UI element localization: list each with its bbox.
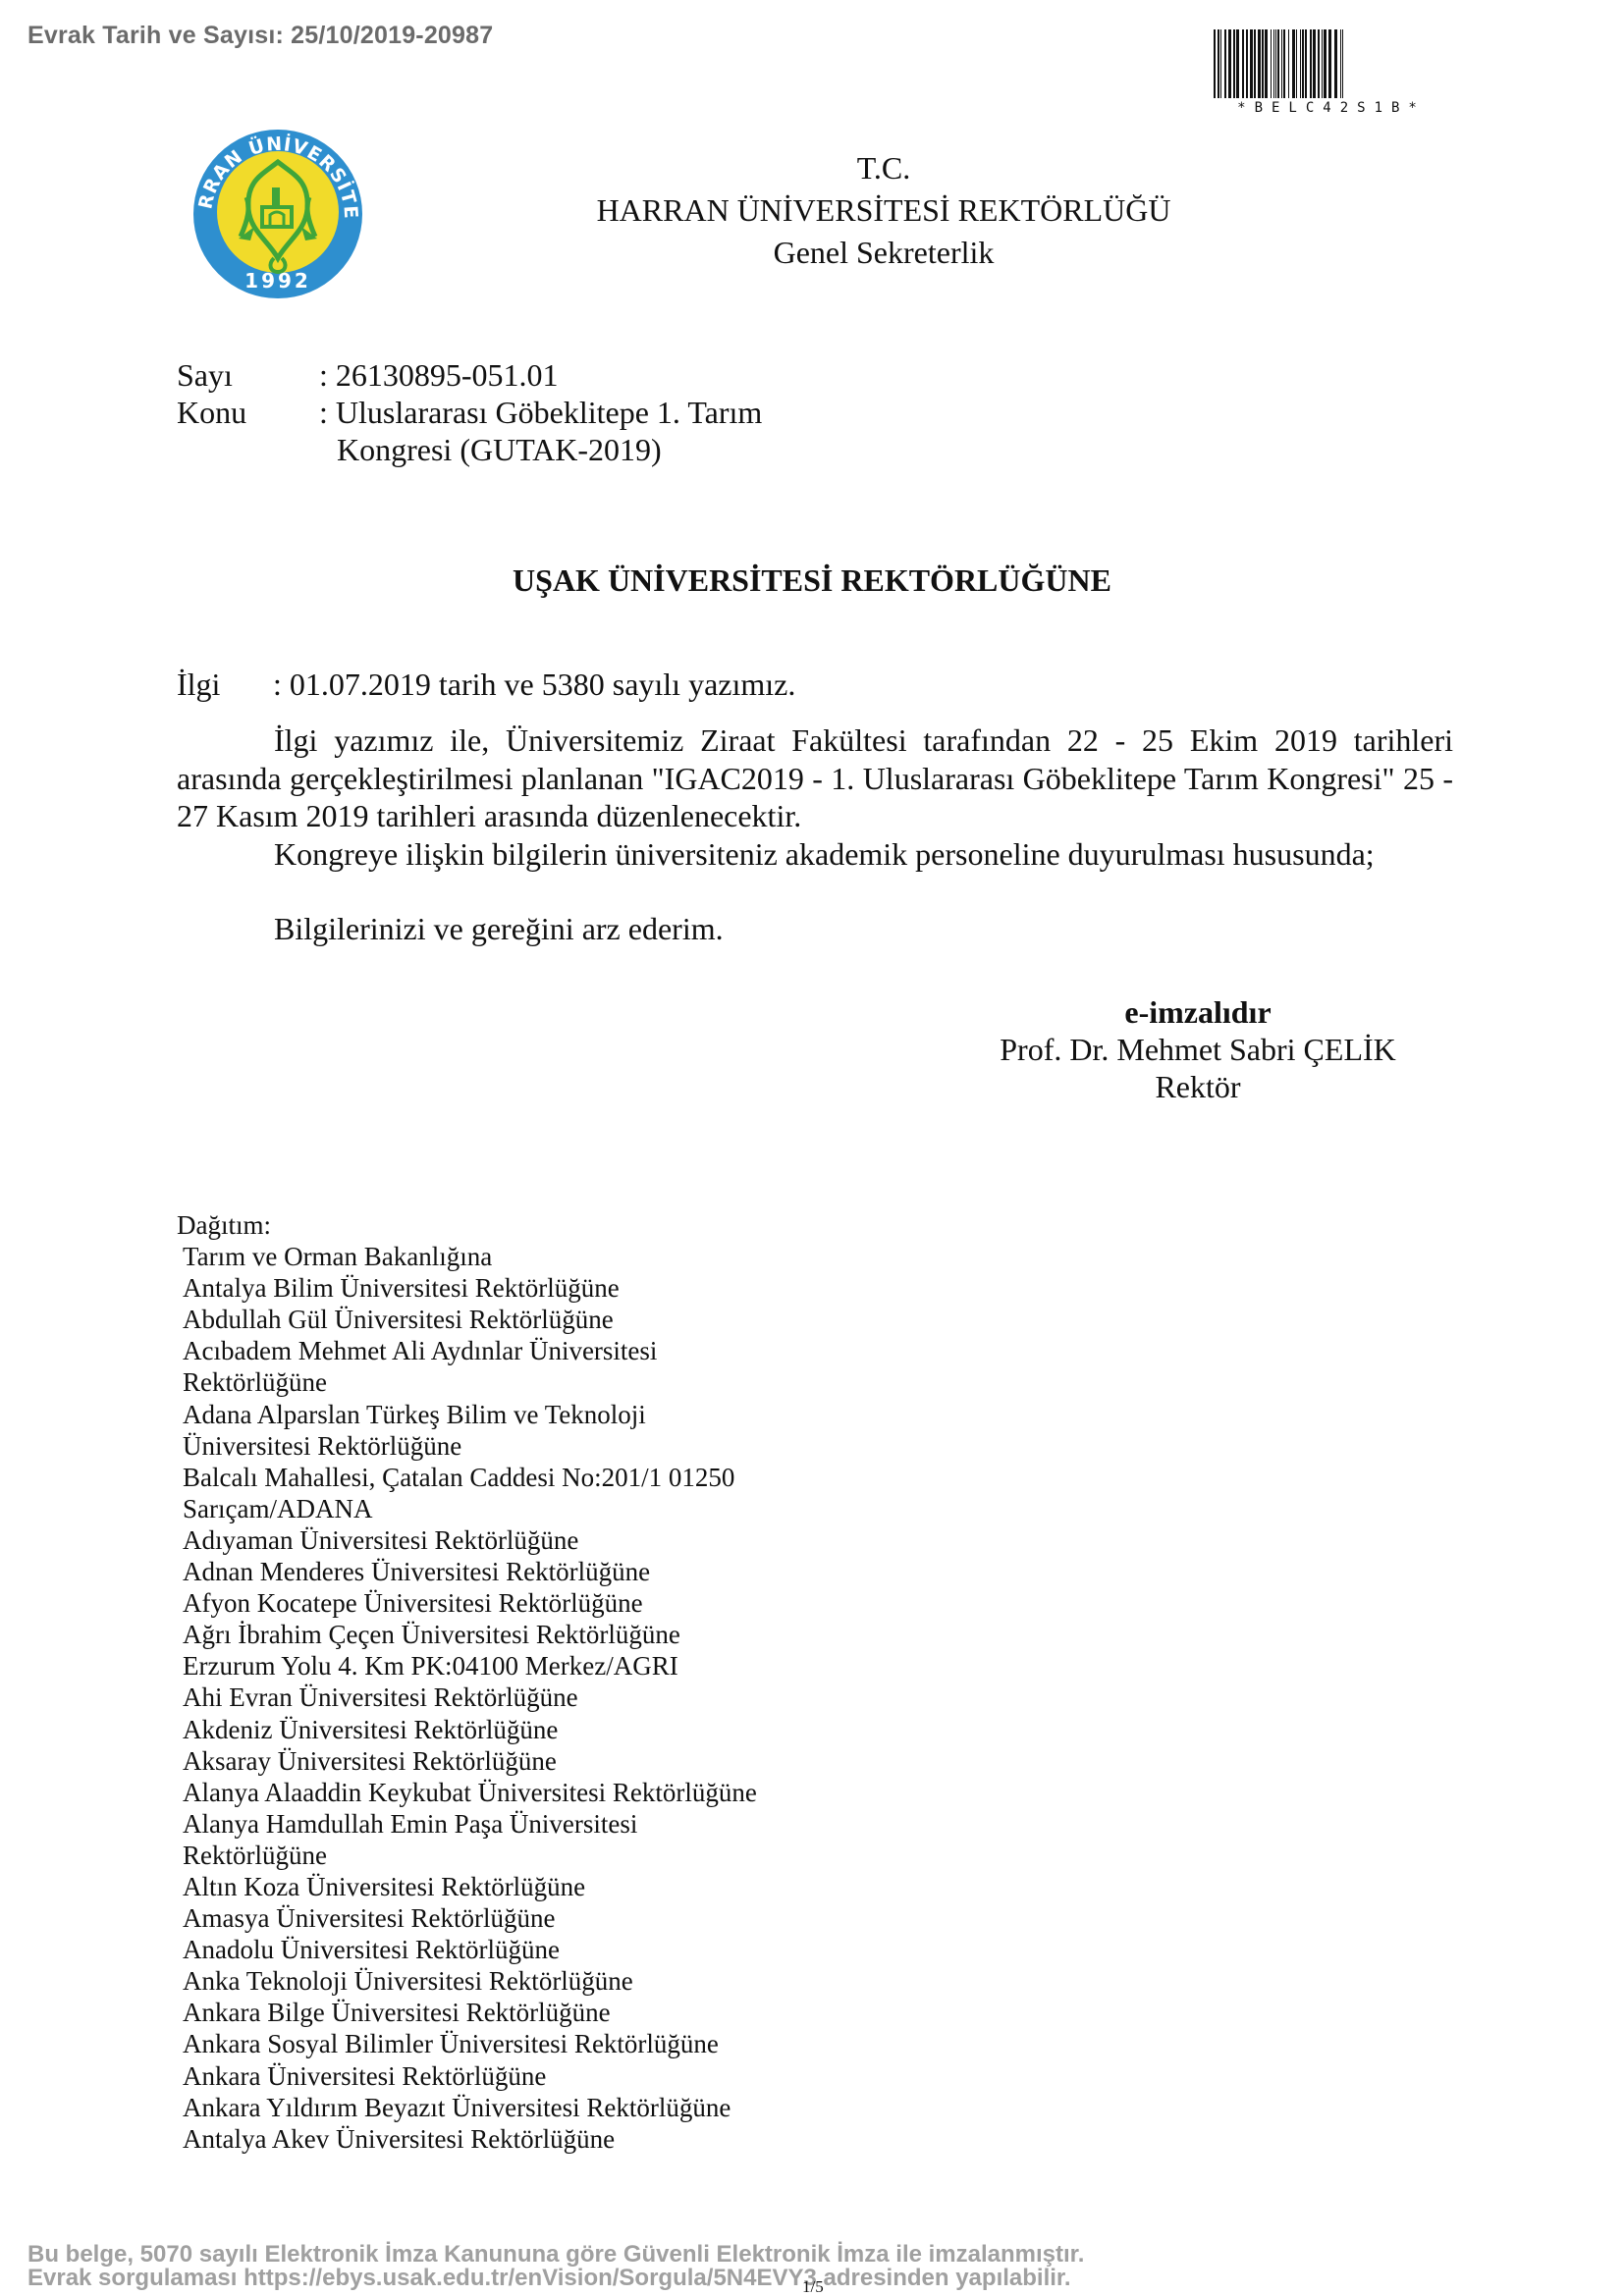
- university-seal-icon: HARRAN ÜNİVERSİTESİ 1992: [189, 121, 366, 307]
- konu-value-continuation: Kongresi (GUTAK-2019): [177, 431, 762, 468]
- distribution-item: Antalya Bilim Üniversitesi Rektörlüğüne: [183, 1272, 757, 1304]
- distribution-item: Ankara Bilge Üniversitesi Rektörlüğüne: [183, 1997, 757, 2028]
- distribution-item: Erzurum Yolu 4. Km PK:04100 Merkez/AGRI: [183, 1650, 757, 1682]
- distribution-heading: Dağıtım:: [177, 1209, 757, 1241]
- reference-value: : 01.07.2019 tarih ve 5380 sayılı yazımı…: [273, 667, 795, 703]
- document-date-number-stamp: Evrak Tarih ve Sayısı: 25/10/2019-20987: [27, 22, 493, 50]
- distribution-item: Alanya Alaaddin Keykubat Üniversitesi Re…: [183, 1777, 757, 1808]
- distribution-recipients: Tarım ve Orman BakanlığınaAntalya Bilim …: [177, 1241, 757, 2155]
- e-signature-status: e-imzalıdır: [962, 993, 1434, 1031]
- distribution-list: Dağıtım: Tarım ve Orman BakanlığınaAntal…: [177, 1209, 757, 2155]
- distribution-item: Adana Alparslan Türkeş Bilim ve Teknoloj…: [183, 1399, 757, 1430]
- footer-legal-notice: Bu belge, 5070 sayılı Elektronik İmza Ka…: [27, 2243, 1084, 2267]
- reference-line: İlgi : 01.07.2019 tarih ve 5380 sayılı y…: [177, 667, 795, 703]
- konu-label: Konu: [177, 394, 319, 431]
- document-meta: Sayı : 26130895-051.01 Konu : Uluslarara…: [177, 356, 762, 468]
- barcode-text: *BELC42S1B*: [1214, 100, 1449, 116]
- distribution-item: Antalya Akev Üniversitesi Rektörlüğüne: [183, 2123, 757, 2155]
- body-paragraph-2: Kongreye ilişkin bilgilerin üniversiteni…: [177, 835, 1453, 874]
- distribution-item: Adıyaman Üniversitesi Rektörlüğüne: [183, 1524, 757, 1556]
- sayi-value: : 26130895-051.01: [319, 356, 559, 394]
- letterhead-tc: T.C.: [491, 147, 1276, 189]
- distribution-item: Akdeniz Üniversitesi Rektörlüğüne: [183, 1714, 757, 1745]
- addressee-heading: UŞAK ÜNİVERSİTESİ REKTÖRLÜĞÜNE: [0, 562, 1624, 599]
- distribution-item: Afyon Kocatepe Üniversitesi Rektörlüğüne: [183, 1587, 757, 1619]
- distribution-item: Ağrı İbrahim Çeçen Üniversitesi Rektörlü…: [183, 1619, 757, 1650]
- distribution-item: Aksaray Üniversitesi Rektörlüğüne: [183, 1745, 757, 1777]
- distribution-item: Sarıçam/ADANA: [183, 1493, 757, 1524]
- distribution-item: Altın Koza Üniversitesi Rektörlüğüne: [183, 1871, 757, 1902]
- footer-verification-link[interactable]: Evrak sorgulaması https://ebys.usak.edu.…: [27, 2267, 1084, 2290]
- signatory-name: Prof. Dr. Mehmet Sabri ÇELİK: [962, 1031, 1434, 1068]
- e-signature-footer: Bu belge, 5070 sayılı Elektronik İmza Ka…: [27, 2243, 1084, 2290]
- distribution-item: Ankara Üniversitesi Rektörlüğüne: [183, 2060, 757, 2092]
- meta-sayi: Sayı : 26130895-051.01: [177, 356, 762, 394]
- sayi-label: Sayı: [177, 356, 319, 394]
- distribution-item: Amasya Üniversitesi Rektörlüğüne: [183, 1902, 757, 1934]
- distribution-item: Anadolu Üniversitesi Rektörlüğüne: [183, 1934, 757, 1965]
- distribution-item: Adnan Menderes Üniversitesi Rektörlüğüne: [183, 1556, 757, 1587]
- distribution-item: Abdullah Gül Üniversitesi Rektörlüğüne: [183, 1304, 757, 1335]
- distribution-item: Ahi Evran Üniversitesi Rektörlüğüne: [183, 1682, 757, 1713]
- barcode-icon: [1214, 29, 1447, 98]
- distribution-item: Alanya Hamdullah Emin Paşa Üniversitesi: [183, 1808, 757, 1840]
- meta-konu: Konu : Uluslararası Göbeklitepe 1. Tarım: [177, 394, 762, 431]
- distribution-item: Tarım ve Orman Bakanlığına: [183, 1241, 757, 1272]
- barcode: *BELC42S1B*: [1214, 29, 1449, 123]
- distribution-item: Anka Teknoloji Üniversitesi Rektörlüğüne: [183, 1965, 757, 1997]
- konu-value: : Uluslararası Göbeklitepe 1. Tarım: [319, 394, 762, 431]
- distribution-item: Acıbadem Mehmet Ali Aydınlar Üniversites…: [183, 1335, 757, 1366]
- distribution-item: Ankara Sosyal Bilimler Üniversitesi Rekt…: [183, 2028, 757, 2059]
- distribution-item: Ankara Yıldırım Beyazıt Üniversitesi Rek…: [183, 2092, 757, 2123]
- distribution-item: Rektörlüğüne: [183, 1366, 757, 1398]
- reference-label: İlgi: [177, 667, 273, 703]
- letter-body: İlgi yazımız ile, Üniversitemiz Ziraat F…: [177, 721, 1453, 948]
- signatory-title: Rektör: [962, 1068, 1434, 1105]
- letterhead-department: Genel Sekreterlik: [491, 232, 1276, 274]
- distribution-item: Üniversitesi Rektörlüğüne: [183, 1430, 757, 1462]
- body-closing: Bilgilerinizi ve gereğini arz ederim.: [177, 910, 1453, 948]
- body-paragraph-1: İlgi yazımız ile, Üniversitemiz Ziraat F…: [177, 721, 1453, 835]
- letterhead-institution: HARRAN ÜNİVERSİTESİ REKTÖRLÜĞÜ: [491, 189, 1276, 232]
- distribution-item: Rektörlüğüne: [183, 1840, 757, 1871]
- letterhead: T.C. HARRAN ÜNİVERSİTESİ REKTÖRLÜĞÜ Gene…: [491, 147, 1276, 274]
- distribution-item: Balcalı Mahallesi, Çatalan Caddesi No:20…: [183, 1462, 757, 1493]
- signature-block: e-imzalıdır Prof. Dr. Mehmet Sabri ÇELİK…: [962, 993, 1434, 1105]
- page-number: 1/5: [802, 2277, 824, 2296]
